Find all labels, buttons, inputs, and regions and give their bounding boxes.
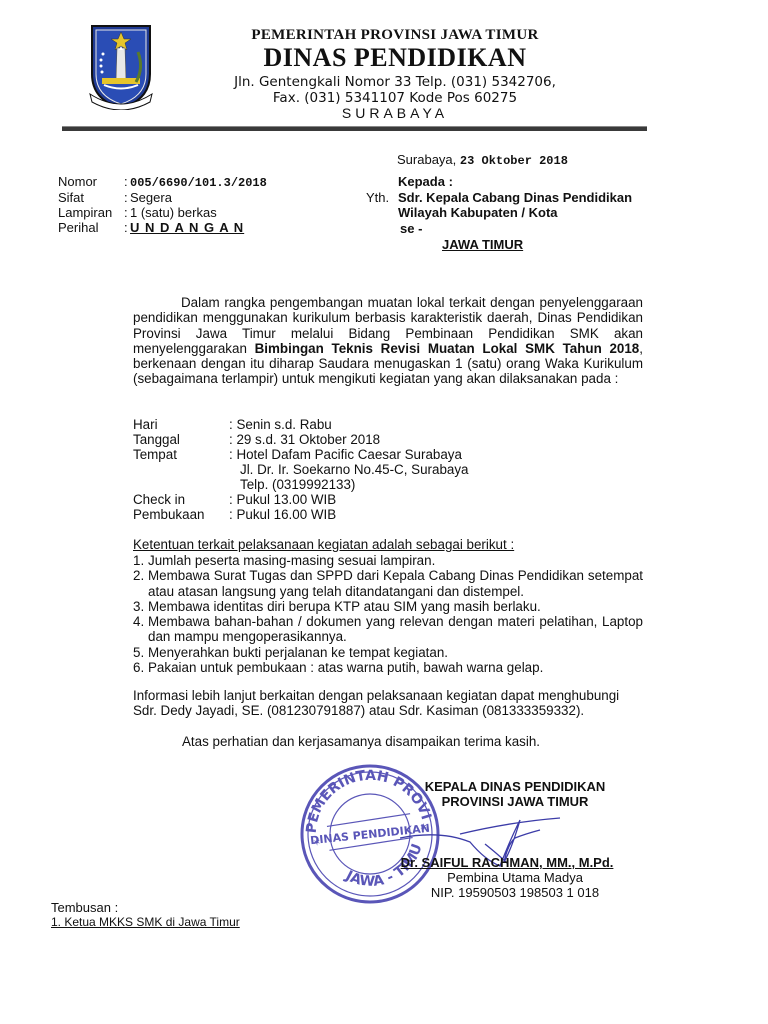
letterhead-city: SURABAYA [160, 105, 630, 121]
meta-label: Sifat [58, 190, 124, 206]
letterhead-government: PEMERINTAH PROVINSI JAWA TIMUR [160, 27, 630, 44]
rule-item: 6.Pakaian untuk pembukaan : atas warna p… [133, 660, 643, 675]
schedule-row-address: Jl. Dr. Ir. Soekarno No.45-C, Surabaya [133, 462, 469, 477]
meta-value: Segera [130, 190, 172, 205]
recipient-salutation: Yth. [366, 190, 389, 205]
date-value: 23 Oktober 2018 [460, 154, 568, 168]
event-title: Bimbingan Teknis Revisi Muatan Lokal SMK… [255, 341, 640, 356]
rule-item: 4.Membawa bahan-bahan / dokumen yang rel… [133, 614, 643, 645]
letterhead-divider [62, 126, 647, 131]
svg-text:✶: ✶ [312, 837, 321, 849]
letter-date: Surabaya, 23 Oktober 2018 [397, 152, 568, 168]
rules-heading: Ketentuan terkait pelaksanaan kegiatan a… [133, 537, 514, 552]
meta-row-nomor: Nomor:005/6690/101.3/2018 [58, 174, 267, 190]
rules-list: 1.Jumlah peserta masing-masing sesuai la… [133, 553, 643, 675]
schedule-row-phone: Telp. (0319992133) [133, 477, 355, 492]
closing-thanks: Atas perhatian dan kerjasamanya disampai… [182, 734, 540, 749]
letterhead-department: DINAS PENDIDIKAN [160, 43, 630, 73]
meta-row-perihal: Perihal:U N D A N G A N [58, 220, 244, 236]
schedule-row-tempat: Tempat: Hotel Dafam Pacific Caesar Surab… [133, 447, 462, 462]
contact-info-paragraph: Informasi lebih lanjut berkaitan dengan … [133, 688, 643, 719]
recipient-line1: Sdr. Kepala Cabang Dinas Pendidikan [398, 190, 632, 205]
meta-value: 005/6690/101.3/2018 [130, 176, 267, 190]
meta-label: Lampiran [58, 205, 124, 221]
date-place: Surabaya, [397, 152, 456, 167]
meta-value: U N D A N G A N [130, 220, 244, 235]
cc-label: Tembusan : [51, 900, 118, 915]
body-paragraph-intro: Dalam rangka pengembangan muatan lokal t… [133, 295, 643, 387]
signatory-title-line1: KEPALA DINAS PENDIDIKAN [390, 779, 640, 794]
schedule-row-hari: Hari: Senin s.d. Rabu [133, 417, 332, 432]
recipient-line2: Wilayah Kabupaten / Kota [398, 205, 558, 220]
recipient-label: Kepada : [398, 174, 453, 189]
letterhead-address-line1: Jln. Gentengkali Nomor 33 Telp. (031) 53… [160, 74, 630, 90]
rule-item: 1.Jumlah peserta masing-masing sesuai la… [133, 553, 643, 568]
meta-label: Nomor [58, 174, 124, 190]
rule-item: 2.Membawa Surat Tugas dan SPPD dari Kepa… [133, 568, 643, 599]
schedule-row-pembukaan: Pembukaan: Pukul 16.00 WIB [133, 507, 336, 522]
meta-value: 1 (satu) berkas [130, 205, 217, 220]
signatory-nip: NIP. 19590503 198503 1 018 [390, 885, 640, 900]
recipient-se: se - [400, 221, 422, 236]
rule-item: 3.Membawa identitas diri berupa KTP atau… [133, 599, 643, 614]
meta-row-lampiran: Lampiran:1 (satu) berkas [58, 205, 217, 221]
meta-label: Perihal [58, 220, 124, 236]
meta-row-sifat: Sifat:Segera [58, 190, 172, 206]
signatory-rank: Pembina Utama Madya [390, 870, 640, 885]
rule-item: 5.Menyerahkan bukti perjalanan ke tempat… [133, 645, 643, 660]
letterhead-address-line2: Fax. (031) 5341107 Kode Pos 60275 [160, 90, 630, 106]
recipient-region: JAWA TIMUR [442, 237, 523, 252]
signatory-name: Dr. SAIFUL RACHMAN, MM., M.Pd. [382, 855, 632, 870]
cc-item: 1. Ketua MKKS SMK di Jawa Timur [51, 915, 240, 929]
schedule-row-tanggal: Tanggal: 29 s.d. 31 Oktober 2018 [133, 432, 380, 447]
east-java-coat-of-arms-icon [86, 22, 156, 110]
schedule-row-checkin: Check in: Pukul 13.00 WIB [133, 492, 336, 507]
